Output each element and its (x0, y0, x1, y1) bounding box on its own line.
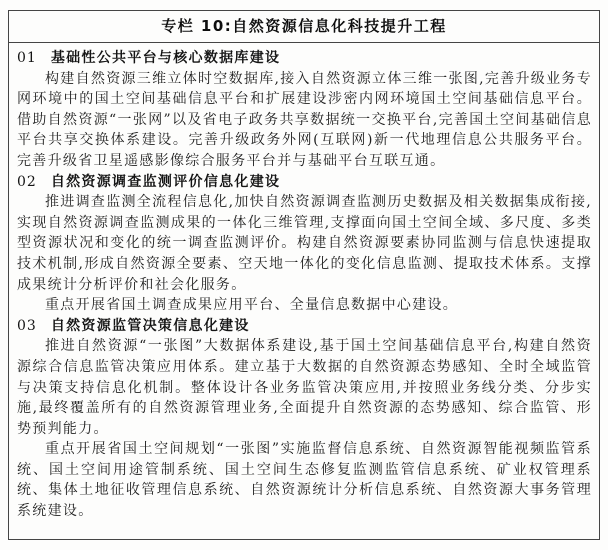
section-paragraph: 重点开展省国土调查成果应用平台、全量信息数据中心建设。 (17, 295, 592, 316)
section-number: 02 (17, 172, 37, 193)
section-title: 自然资源监管决策信息化建设 (51, 318, 250, 334)
section-title: 基础性公共平台与核心数据库建设 (51, 50, 281, 66)
section-01: 01基础性公共平台与核心数据库建设 构建自然资源三维立体时空数据库,接入自然资源… (17, 48, 592, 172)
panel-body: 01基础性公共平台与核心数据库建设 构建自然资源三维立体时空数据库,接入自然资源… (9, 43, 599, 539)
section-03: 03自然资源监管决策信息化建设 推进自然资源“一张图”大数据体系建设,基于国土空… (17, 316, 592, 522)
section-paragraph: 重点开展省国土空间规划“一张图”实施监督信息系统、自然资源智能视频监管系统、国土… (17, 439, 592, 521)
section-heading: 02自然资源调查监测评价信息化建设 (17, 172, 592, 193)
section-paragraph: 构建自然资源三维立体时空数据库,接入自然资源立体三维一张图,完善升级业务专网环境… (17, 69, 592, 172)
section-paragraph: 推进自然资源“一张图”大数据体系建设,基于国土空间基础信息平台,构建自然资源综合… (17, 336, 592, 439)
section-heading: 01基础性公共平台与核心数据库建设 (17, 48, 592, 69)
panel-title: 专栏 10:自然资源信息化科技提升工程 (9, 11, 599, 43)
section-heading: 03自然资源监管决策信息化建设 (17, 316, 592, 337)
section-number: 01 (17, 48, 37, 69)
panel-box: 专栏 10:自然资源信息化科技提升工程 01基础性公共平台与核心数据库建设 构建… (8, 10, 600, 540)
document-page: 专栏 10:自然资源信息化科技提升工程 01基础性公共平台与核心数据库建设 构建… (0, 0, 608, 550)
section-paragraph: 推进调查监测全流程信息化,加快自然资源调查监测历史数据及相关数据集成衔接,实现自… (17, 192, 592, 295)
section-title: 自然资源调查监测评价信息化建设 (51, 174, 281, 190)
section-02: 02自然资源调查监测评价信息化建设 推进调查监测全流程信息化,加快自然资源调查监… (17, 172, 592, 316)
section-number: 03 (17, 316, 37, 337)
